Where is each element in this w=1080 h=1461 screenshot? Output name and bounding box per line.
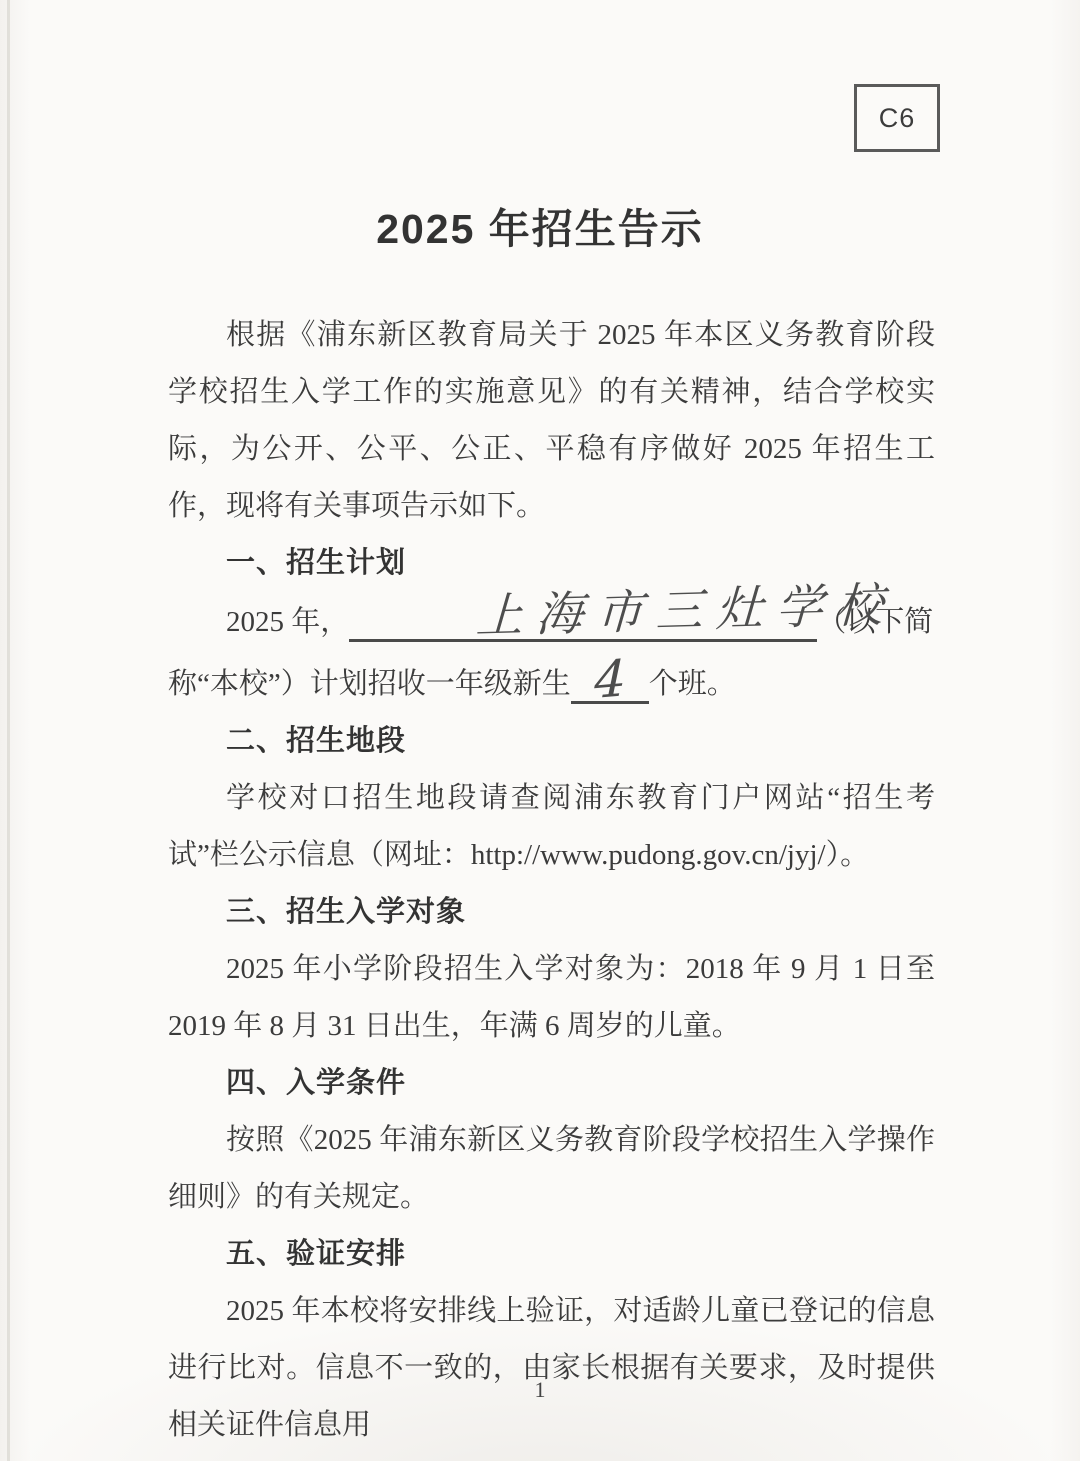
- class-line-prefix: 称“本校”）计划招收一年级新生: [168, 668, 571, 700]
- school-name-handwriting: 上海市三灶学校: [417, 582, 897, 642]
- school-name-blank: 上海市三灶学校: [349, 592, 817, 642]
- document-code-box: C6: [854, 84, 940, 152]
- section-5-heading: 五、验证安排: [168, 1226, 935, 1283]
- document-body: 根据《浦东新区教育局关于 2025 年本区义务教育阶段学校招生入学工作的实施意见…: [168, 307, 935, 1454]
- class-line-suffix: 个班。: [649, 668, 736, 700]
- section-4-heading: 四、入学条件: [168, 1055, 935, 1112]
- document-code-label: C6: [879, 103, 916, 134]
- section-2-heading: 二、招生地段: [168, 713, 935, 770]
- enrollment-line-prefix: 2025 年，: [226, 606, 349, 638]
- class-count-blank: 4: [571, 651, 649, 704]
- section-1-line-1: 2025 年，上海市三灶学校（以下简: [168, 592, 935, 651]
- scanned-document-page: C6 2025 年招生告示 根据《浦东新区教育局关于 2025 年本区义务教育阶…: [0, 0, 1080, 1461]
- class-count-handwriting: 4: [594, 653, 627, 706]
- intro-paragraph: 根据《浦东新区教育局关于 2025 年本区义务教育阶段学校招生入学工作的实施意见…: [168, 307, 935, 535]
- section-4-body: 按照《2025 年浦东新区义务教育阶段学校招生入学操作细则》的有关规定。: [168, 1112, 935, 1226]
- section-2-body: 学校对口招生地段请查阅浦东教育门户网站“招生考试”栏公示信息（网址：http:/…: [168, 770, 935, 884]
- section-3-heading: 三、招生入学对象: [168, 884, 935, 941]
- section-1-line-2: 称“本校”）计划招收一年级新生4个班。: [168, 651, 935, 713]
- section-3-body: 2025 年小学阶段招生入学对象为：2018 年 9 月 1 日至 2019 年…: [168, 941, 935, 1055]
- section-5-body: 2025 年本校将安排线上验证，对适龄儿童已登记的信息进行比对。信息不一致的，由…: [168, 1283, 935, 1454]
- document-title: 2025 年招生告示: [0, 196, 1080, 255]
- page-number: 1: [0, 1377, 1080, 1403]
